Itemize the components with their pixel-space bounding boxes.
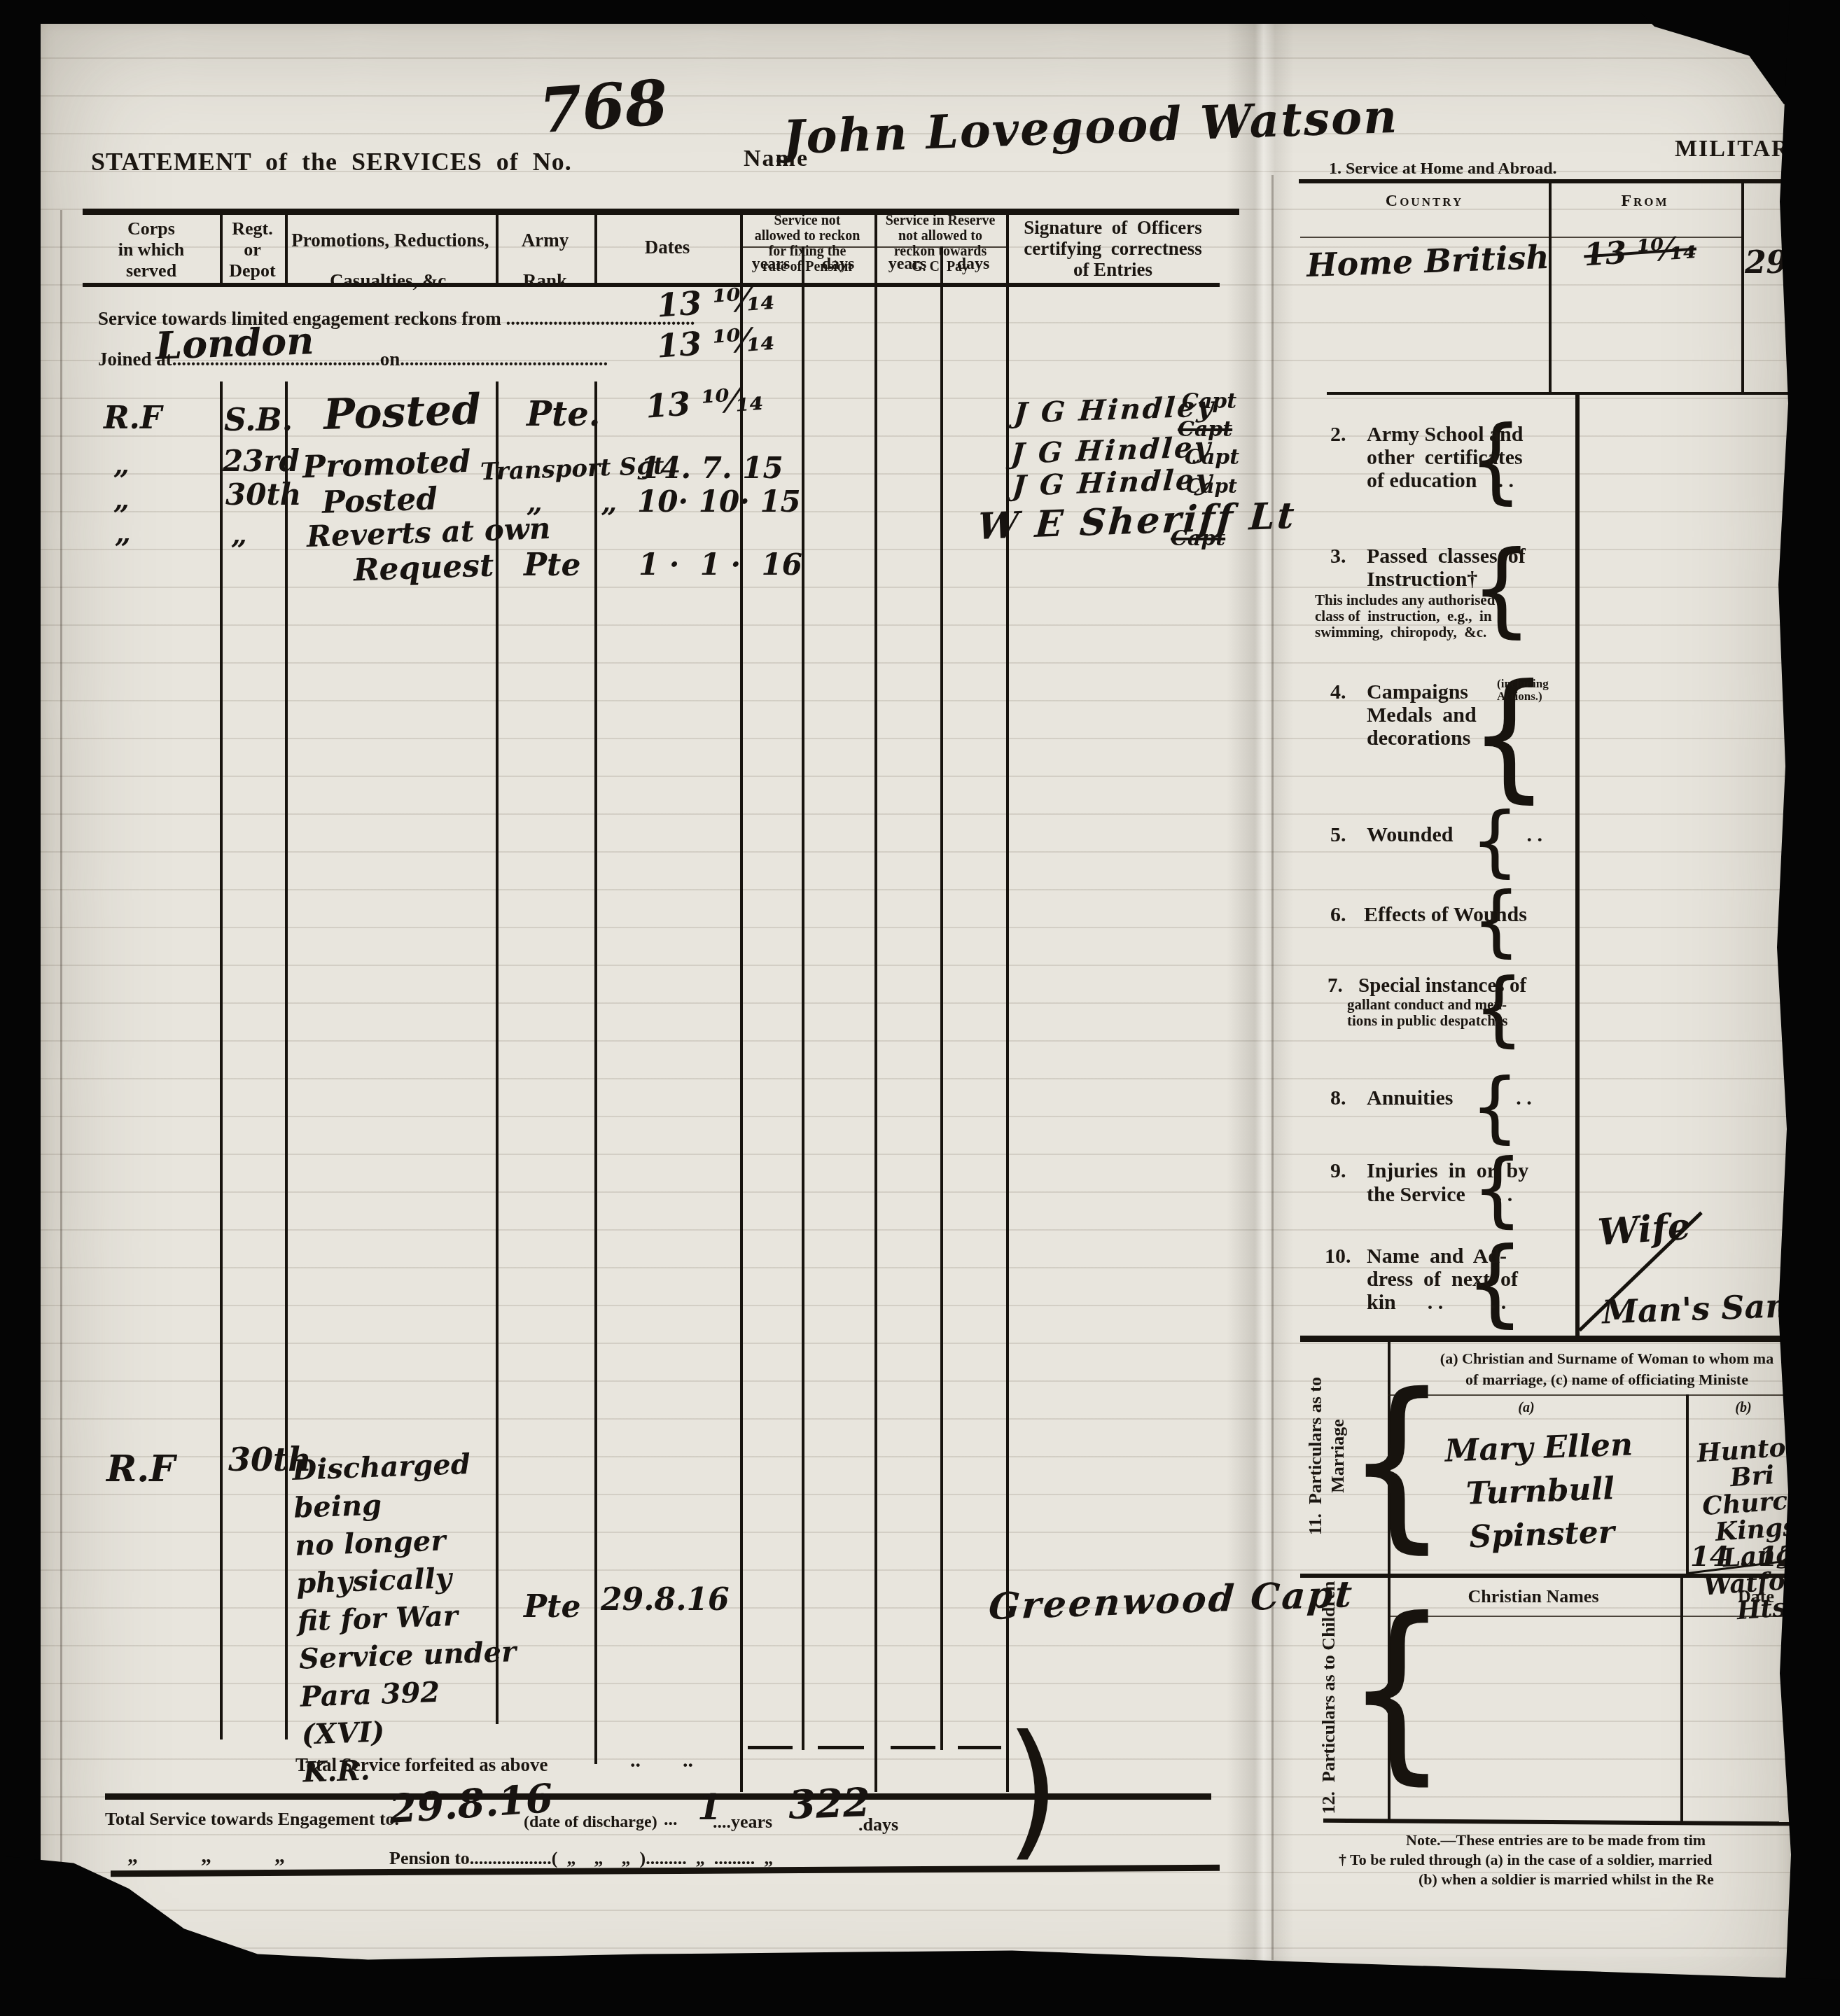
col-dates: Dates	[594, 237, 740, 258]
item-number: 3.	[1330, 545, 1346, 568]
entry-regt: „	[231, 518, 247, 551]
column-rule	[740, 209, 743, 1792]
item-number: 5.	[1330, 823, 1346, 847]
service-number: 768	[537, 66, 671, 148]
item-passed-classes: Passed classes of Instruction†	[1367, 545, 1584, 591]
marriage-col-rule	[1686, 1394, 1689, 1575]
item-passed-classes-note: This includes any authorised class of in…	[1315, 592, 1546, 640]
section1-col-rule	[1741, 179, 1744, 393]
cell-b-tag: (b)	[1715, 1400, 1771, 1416]
item-campaigns-paren: (including Actions.)	[1497, 678, 1581, 703]
bride-name: Mary Ellen Turnbull Spinster	[1398, 1422, 1682, 1562]
item-special-instances-note: gallant conduct and men- tions in public…	[1347, 997, 1564, 1029]
column-rule	[594, 381, 597, 1764]
entry-regt: 30th	[225, 477, 301, 512]
entry-rank: Pte.	[527, 395, 601, 434]
note-line: Note.—These entries are to be made from …	[1406, 1831, 1706, 1849]
item-annuities: Annuities . .	[1367, 1086, 1532, 1110]
column-rule	[940, 246, 943, 1750]
section11-top-rule	[1300, 1336, 1792, 1342]
entry-regt: S.B.	[224, 402, 293, 438]
item-injuries: Injuries in or by the Service . .	[1367, 1159, 1577, 1207]
engagement-total-label: Total Service towards Engagement to.	[105, 1809, 399, 1830]
column-rule	[285, 381, 288, 1739]
col-from: From	[1549, 192, 1741, 211]
days-value: 322	[788, 1779, 871, 1828]
forfeited-dots: .. ..	[630, 1749, 693, 1772]
col-regt: Regt. or Depot	[220, 218, 285, 281]
discharge-corps: R.F	[106, 1448, 175, 1490]
item-number: 6.	[1330, 903, 1346, 927]
section1-col-rule	[1549, 179, 1552, 393]
entry-rank: Pte	[524, 547, 580, 583]
entry-corps: „	[115, 517, 131, 549]
pension-line: Pension to..................( „ „ „ )...…	[389, 1848, 773, 1869]
entry-date: 1 · 1 · 16	[639, 547, 802, 582]
section1-top-rule	[1299, 179, 1792, 183]
children-col-rule	[1680, 1574, 1683, 1823]
note-line: † To be ruled through (a) in the case of…	[1339, 1851, 1713, 1869]
dots: ...	[664, 1809, 678, 1830]
item-number: 7.	[1327, 974, 1343, 997]
cell-a-tag: (a)	[1498, 1400, 1554, 1416]
scan-edge-left	[0, 0, 41, 2016]
entry-event: Posted	[321, 481, 438, 521]
col-days: days	[940, 255, 1006, 274]
entry-corps: „	[113, 483, 130, 516]
item-next-of-kin: Name and Ad- dress of next of kin . . . …	[1367, 1245, 1577, 1314]
discharge-date: 29.8.16	[601, 1582, 730, 1618]
col-army-rank: Army Rank	[496, 220, 594, 301]
nil-dash	[818, 1746, 864, 1749]
nil-dash	[748, 1746, 793, 1749]
totals-brace: )	[1005, 1717, 1060, 1864]
discharge-text: Discharged being no longer physically fi…	[292, 1443, 535, 1791]
page-edge-line	[1271, 175, 1274, 1960]
col-country: Country	[1300, 192, 1549, 211]
section1-label: 1. Service at Home and Abroad.	[1329, 160, 1557, 178]
years-value: 1	[697, 1786, 722, 1828]
section12-brace: {	[1346, 1594, 1448, 1787]
entry-regt: 23rd	[223, 444, 300, 478]
table-header-rule	[83, 283, 1220, 287]
column-rule	[220, 381, 223, 1739]
ditto-marks: „ „ „	[127, 1844, 285, 1868]
note-line: (b) when a soldier is married whilst in …	[1419, 1870, 1714, 1889]
col-days: days	[802, 255, 874, 274]
entry-event: Promoted	[302, 444, 471, 485]
entry-date: 14. 7. 15	[640, 451, 783, 485]
marriage-header: (a) Christian and Surname of Woman to wh…	[1397, 1348, 1817, 1390]
joined-place: London	[155, 318, 314, 368]
page-title: STATEMENT of the SERVICES of No.	[91, 147, 572, 176]
col-christian-names: Christian Names	[1393, 1586, 1673, 1607]
entry-event: Posted	[323, 385, 482, 440]
kin-relation: Wife	[1596, 1205, 1692, 1254]
scanned-service-record: STATEMENT of the SERVICES of No. 768 Nam…	[0, 0, 1840, 2016]
column-rule	[874, 209, 877, 1792]
table-top-rule	[83, 209, 1239, 215]
entry-corps: R.F	[104, 400, 162, 436]
entry-date: 10· 10· 15	[637, 484, 801, 519]
item-number: 8.	[1330, 1086, 1346, 1110]
scan-edge-top	[0, 0, 1840, 24]
officer-rank: Capt	[1182, 389, 1236, 414]
col-corps: Corps in which served	[83, 218, 220, 281]
col-years: years	[740, 255, 802, 274]
item-number: 4.	[1330, 680, 1346, 704]
officer-rank: Capt	[1186, 475, 1237, 498]
col-years: years	[874, 255, 940, 274]
officer-rank-struck: Capt	[1171, 526, 1225, 551]
item-number: 10.	[1325, 1245, 1351, 1268]
item-effects-of-wounds: Effects of Wounds	[1364, 903, 1527, 927]
item-special-instances: Special instances of	[1358, 974, 1526, 997]
item-number: 2.	[1330, 423, 1346, 447]
item-number: 9.	[1330, 1159, 1346, 1183]
marriage-header-rule	[1388, 1394, 1792, 1396]
discharge-rank: Pte	[524, 1589, 580, 1625]
item-wounded: Wounded . .	[1367, 823, 1542, 847]
entry-event-2: Request	[353, 548, 494, 589]
section11-label: 11. Particulars as to Marriage	[1304, 1337, 1353, 1575]
column-rule	[802, 246, 804, 1750]
page-fold-shadow	[1227, 21, 1294, 2016]
item-army-school: Army School and other certificates of ed…	[1367, 423, 1577, 492]
entry-corps: „	[113, 448, 130, 481]
col-promotions: Promotions, Reductions, Casualties, &c.	[285, 220, 496, 301]
nil-dash	[958, 1746, 1001, 1749]
column-rule	[1006, 209, 1009, 1792]
left-margin-line	[60, 210, 62, 1869]
nil-dash	[891, 1746, 935, 1749]
section1-bottom-rule	[1327, 392, 1792, 395]
col-signature: Signature of Officers certifying correct…	[1006, 217, 1220, 280]
